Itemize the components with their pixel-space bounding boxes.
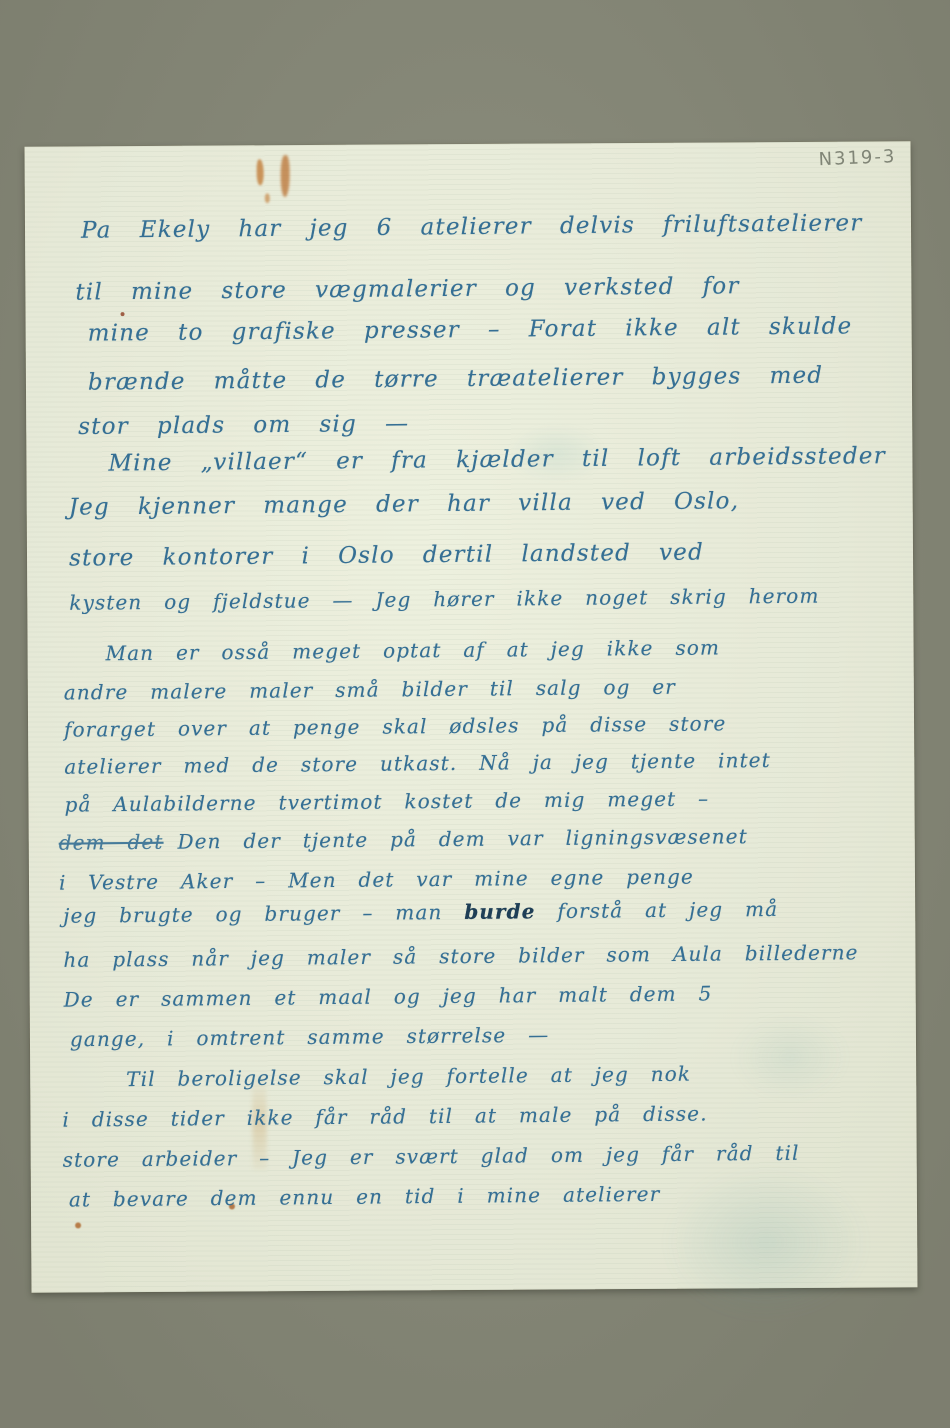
handwriting-line: De er sammen et maal og jeg har malt dem… — [64, 981, 713, 1011]
handwriting-line: Mine „villaer“ er fra kjælder til loft a… — [108, 443, 886, 476]
archive-number: N319-3 — [818, 146, 897, 170]
handwriting-line: i disse tider ikke får råd til at male p… — [62, 1101, 707, 1131]
rust-stain — [257, 159, 264, 185]
handwriting-line: Til beroligelse skal jeg fortelle at jeg… — [126, 1062, 691, 1091]
handwriting-line-with-insert: jeg brugte og bruger – man burde forstå … — [63, 897, 778, 928]
handwriting-line: store arbeider – Jeg er svært glad om je… — [63, 1141, 800, 1172]
rust-stain — [281, 155, 290, 197]
handwriting-line: atelierer med de store utkast. Nå ja jeg… — [64, 748, 771, 779]
handwriting-line: på Aulabilderne tvertimot kostet de mig … — [64, 786, 709, 816]
ink-smudge — [730, 1012, 851, 1103]
struck-words: dem det — [59, 830, 164, 855]
line-rest: Den der tjente på dem var ligningsvæsene… — [177, 824, 748, 853]
handwriting-line: stor plads om sig — — [78, 411, 409, 440]
handwriting-line: i Vestre Aker – Men det var mine egne pe… — [59, 865, 694, 895]
handwriting-line: brænde måtte de tørre træatelierer bygge… — [88, 363, 824, 396]
handwriting-line: Pa Ekely har jeg 6 atelierer delvis fril… — [81, 210, 863, 244]
ink-dot-stain — [121, 312, 125, 316]
handwriting-line: til mine store vægmalerier og verksted f… — [75, 273, 739, 305]
handwriting-line: mine to grafiske presser – Forat ikke al… — [88, 313, 853, 346]
handwriting-line: kysten og fjeldstue — Jeg hører ikke nog… — [69, 584, 819, 615]
handwriting-line: forarget over at penge skal ødsles på di… — [64, 711, 727, 741]
handwriting-line: at bevare dem ennu en tid i mine atelier… — [69, 1182, 661, 1212]
letter-paper: N319-3 Pa Ekely har jeg 6 atelierer delv… — [25, 141, 918, 1292]
ink-smudge — [661, 1162, 872, 1323]
handwriting-line: Man er osså meget optat af at jeg ikke s… — [105, 635, 720, 665]
handwriting-line: store kontorer i Oslo dertil landsted ve… — [69, 539, 704, 571]
handwriting-line: Jeg kjenner mange der har villa ved Oslo… — [69, 488, 740, 520]
line-post: forstå at jeg må — [535, 897, 778, 923]
backing-board: N319-3 Pa Ekely har jeg 6 atelierer delv… — [0, 0, 950, 1428]
inserted-word: burde — [464, 899, 536, 924]
handwriting-line-with-strikethrough: dem detDen der tjente på dem var ligning… — [59, 824, 748, 855]
handwriting-line: gange, i omtrent samme størrelse — — [70, 1023, 550, 1052]
rust-dot-stain — [75, 1222, 81, 1228]
handwriting-line: andre malere maler små bilder til salg o… — [64, 675, 676, 705]
line-pre: jeg brugte og bruger – man — [63, 900, 464, 928]
handwriting-line: ha plass når jeg maler så store bilder s… — [63, 940, 858, 972]
rust-stain — [265, 193, 270, 203]
